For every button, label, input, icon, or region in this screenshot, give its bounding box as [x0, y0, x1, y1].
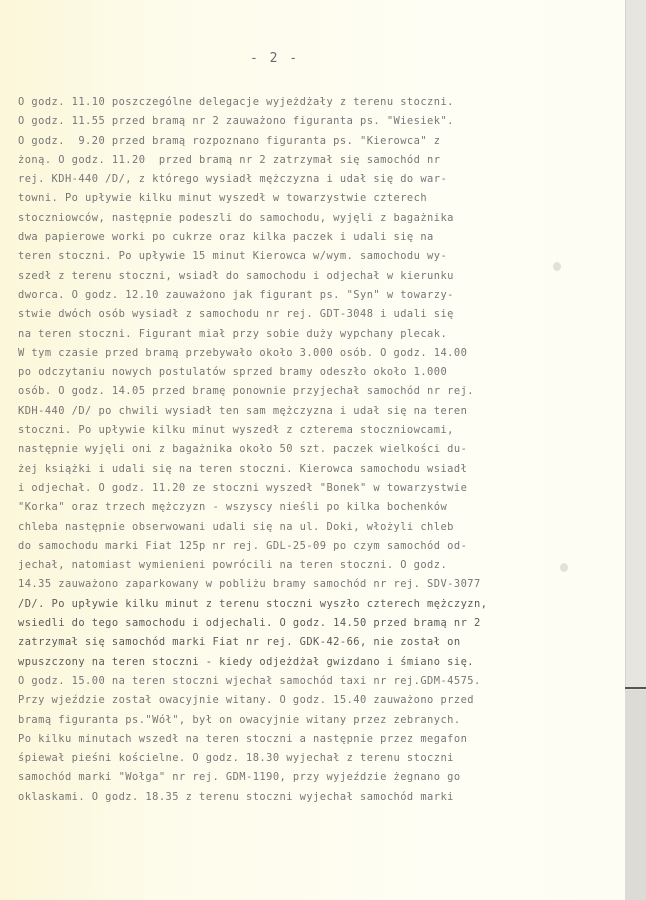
text-line: szedł z terenu stoczni, wsiadł do samoch… — [18, 267, 578, 286]
document-page: - 2 - O godz. 11.10 poszczególne delegac… — [0, 0, 625, 900]
document-body: O godz. 11.10 poszczególne delegacje wyj… — [18, 93, 578, 807]
text-line: i odjechał. O godz. 11.20 ze stoczni wys… — [18, 479, 578, 498]
text-line: bramą figuranta ps."Wół", był on owacyjn… — [18, 711, 578, 730]
text-line: O godz. 9.20 przed bramą rozpoznano figu… — [18, 132, 578, 151]
text-line: chleba następnie obserwowani udali się n… — [18, 518, 578, 537]
scanner-edge-line — [625, 687, 646, 689]
text-line: stwie dwóch osób wysiadł z samochodu nr … — [18, 305, 578, 324]
text-line: śpiewał pieśni kościelne. O godz. 18.30 … — [18, 749, 578, 768]
text-line: następnie wyjęli oni z bagażnika około 5… — [18, 440, 578, 459]
text-line: do samochodu marki Fiat 125p nr rej. GDL… — [18, 537, 578, 556]
text-line: stoczniowców, następnie podeszli do samo… — [18, 209, 578, 228]
text-line: teren stoczni. Po upływie 15 minut Kiero… — [18, 247, 578, 266]
scanner-edge-lower — [625, 690, 646, 900]
text-line: rej. KDH-440 /D/, z którego wysiadł mężc… — [18, 170, 578, 189]
text-line: dworca. O godz. 12.10 zauważono jak figu… — [18, 286, 578, 305]
text-line: dwa papierowe worki po cukrze oraz kilka… — [18, 228, 578, 247]
text-line: osób. O godz. 14.05 przed bramę ponownie… — [18, 382, 578, 401]
text-line: KDH-440 /D/ po chwili wysiadł ten sam mę… — [18, 402, 578, 421]
text-line: O godz. 11.10 poszczególne delegacje wyj… — [18, 93, 578, 112]
text-line: wsiedli do tego samochodu i odjechali. O… — [18, 614, 578, 633]
text-line: po odczytaniu nowych postulatów sprzed b… — [18, 363, 578, 382]
text-line: Przy wjeździe został owacyjnie witany. O… — [18, 691, 578, 710]
text-line: jechał, natomiast wymienieni powrócili n… — [18, 556, 578, 575]
text-line: samochód marki "Wołga" nr rej. GDM-1190,… — [18, 768, 578, 787]
text-line: /D/. Po upływie kilku minut z terenu sto… — [18, 595, 578, 614]
text-line: oklaskami. O godz. 18.35 z terenu stoczn… — [18, 788, 578, 807]
text-line: W tym czasie przed bramą przebywało okoł… — [18, 344, 578, 363]
text-line: zatrzymał się samochód marki Fiat nr rej… — [18, 633, 578, 652]
page-number: - 2 - — [250, 51, 350, 66]
text-line: wpuszczony na teren stoczni - kiedy odje… — [18, 653, 578, 672]
text-line: Po kilku minutach wszedł na teren stoczn… — [18, 730, 578, 749]
text-line: towni. Po upływie kilku minut wyszedł w … — [18, 189, 578, 208]
text-line: "Korka" oraz trzech mężczyzn - wszyscy n… — [18, 498, 578, 517]
text-line: na teren stoczni. Figurant miał przy sob… — [18, 325, 578, 344]
text-line: 14.35 zauważono zaparkowany w pobliżu br… — [18, 575, 578, 594]
text-line: stoczni. Po upływie kilku minut wyszedł … — [18, 421, 578, 440]
text-line: O godz. 15.00 na teren stoczni wjechał s… — [18, 672, 578, 691]
text-line: żoną. O godz. 11.20 przed bramą nr 2 zat… — [18, 151, 578, 170]
scan-speck — [560, 563, 568, 572]
text-line: żej książki i udali się na teren stoczni… — [18, 460, 578, 479]
text-line: O godz. 11.55 przed bramą nr 2 zauważono… — [18, 112, 578, 131]
scan-speck — [553, 262, 561, 271]
